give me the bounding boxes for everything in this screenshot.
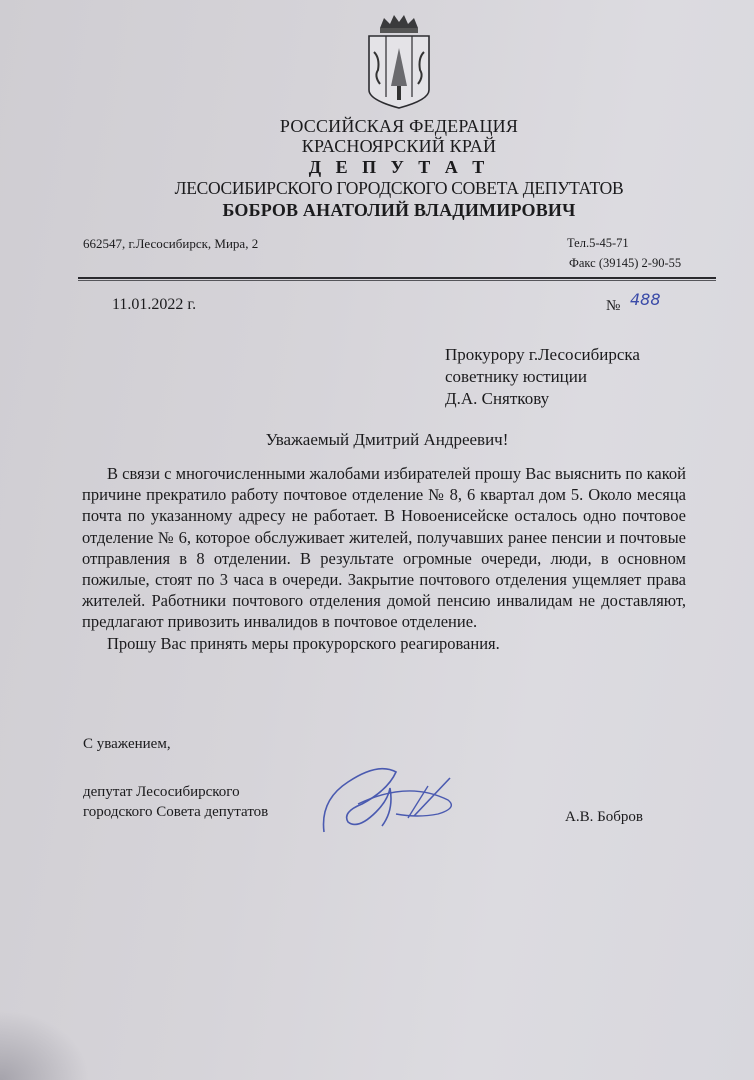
fax: Факс (39145) 2-90-55 [569,256,681,271]
address: 662547, г.Лесосибирск, Мира, 2 [83,236,258,252]
signer-title: депутат Лесосибирского городского Совета… [83,782,268,822]
handwritten-signature-icon [318,760,468,835]
letterhead-council: ЛЕСОСИБИРСКОГО ГОРОДСКОГО СОВЕТА ДЕПУТАТ… [22,178,754,198]
letter-page: РОССИЙСКАЯ ФЕДЕРАЦИЯ КРАСНОЯРСКИЙ КРАЙ Д… [0,0,754,1080]
recipient-line-3: Д.А. Сняткову [445,388,640,410]
letter-number-label: № [606,298,620,315]
body-paragraph: В связи с многочисленными жалобами избир… [82,463,686,633]
recipient-line-1: Прокурору г.Лесосибирска [445,344,640,366]
letterhead-name: БОБРОВ АНАТОЛИЙ ВЛАДИМИРОВИЧ [22,200,754,220]
signer-title-line-2: городского Совета депутатов [83,802,268,822]
letterhead-position: Д Е П У Т А Т [22,157,754,177]
greeting: Уважаемый Дмитрий Андреевич! [10,430,754,450]
header-divider-thin [78,280,716,281]
header-divider [78,277,716,279]
letter-date: 11.01.2022 г. [112,296,196,314]
signer-name: А.В. Бобров [565,809,643,826]
letterhead-region: КРАСНОЯРСКИЙ КРАЙ [22,136,754,156]
signer-title-line-1: депутат Лесосибирского [83,782,268,802]
letter-body: В связи с многочисленными жалобами избир… [82,463,686,654]
closing: С уважением, [83,736,171,753]
city-coat-of-arms-icon [366,12,432,112]
letterhead-country: РОССИЙСКАЯ ФЕДЕРАЦИЯ [22,116,754,136]
photo-shadow [0,1010,90,1080]
recipient-block: Прокурору г.Лесосибирска советнику юстиц… [445,344,640,410]
body-paragraph: Прошу Вас принять меры прокурорского реа… [82,633,686,654]
telephone: Тел.5-45-71 [567,236,629,251]
recipient-line-2: советнику юстиции [445,366,640,388]
letter-number-value: 488 [630,290,661,309]
